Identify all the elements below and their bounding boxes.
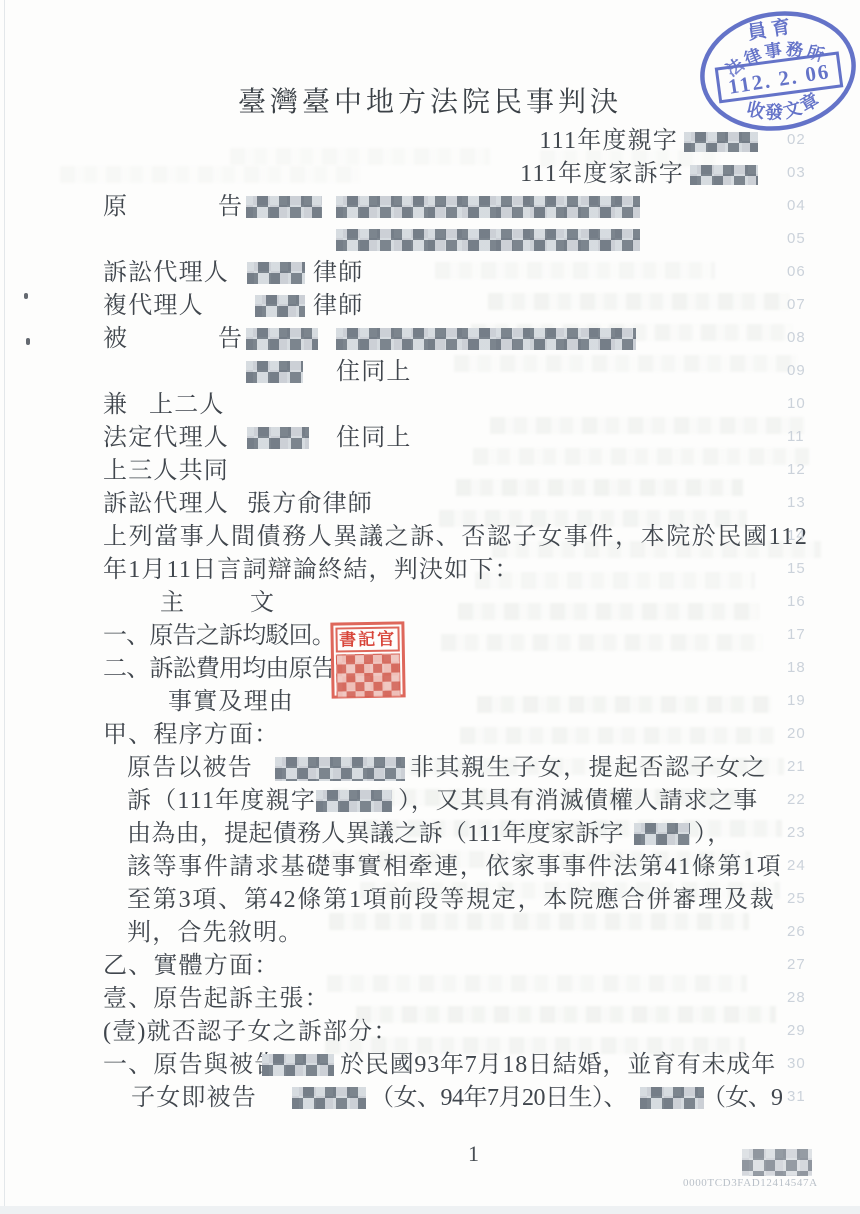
line-text: 乙、實體方面： [103, 951, 279, 982]
document-line-20: 甲、程序方面：20 [0, 720, 860, 751]
document-line-19: 事實及理由19 [0, 687, 860, 718]
line-text: 壹、原告起訴主張： [103, 984, 330, 1015]
redacted-block [634, 823, 690, 845]
line-text: 至第3項、第42條第1項前段等規定，本院應合併審理及裁 [127, 885, 776, 916]
document-line-28: 壹、原告起訴主張：28 [0, 984, 860, 1015]
line-text: 111年度親字 [539, 126, 678, 157]
redacted-block [246, 328, 318, 350]
line-number: 29 [787, 1022, 806, 1039]
document-line-05: 05 [0, 225, 860, 256]
line-number: 03 [787, 164, 806, 181]
document-line-30: 一、原告與被告於民國93年7月18日結婚，並育有未成年30 [0, 1050, 860, 1081]
line-text: 於民國93年7月18日結婚，並育有未成年 [340, 1050, 776, 1081]
line-number: 11 [787, 428, 805, 445]
line-text: 111年度家訴字 [520, 159, 684, 190]
law-firm-receipt-stamp: 員育 法律事務所 112. 2. 06 收發文章 [692, 4, 860, 138]
line-text: 張方俞律師 [247, 489, 373, 520]
document-line-09: 住同上09 [0, 357, 860, 388]
line-text: 告 [218, 192, 243, 223]
line-text: 訴訟代理人 [103, 489, 229, 520]
line-text: 法定代理人 [103, 423, 229, 454]
redacted-block [246, 361, 303, 383]
document-line-18: 二、訴訟費用均由原告18 [0, 654, 860, 685]
line-text: 複代理人 [103, 291, 204, 322]
redacted-block [690, 165, 758, 185]
line-number: 17 [787, 626, 806, 643]
scanned-judgment-page: 臺灣臺中地方法院民事判決 111年度親字02111年度家訴字03原告0405訴訟… [0, 0, 860, 1214]
line-number: 20 [787, 725, 806, 742]
document-code: 0000TCD3FAD12414547A [683, 1177, 818, 1189]
line-number: 14 [787, 527, 806, 544]
document-line-27: 乙、實體方面：27 [0, 951, 860, 982]
line-text: 住同上 [336, 357, 412, 388]
line-text: 甲、程序方面： [103, 720, 279, 751]
document-line-22: 訴（111年度親字），又其具有消滅債權人請求之事22 [0, 786, 860, 817]
document-line-24: 該等事件請求基礎事實相牽連，依家事事件法第41條第1項24 [0, 852, 860, 883]
document-line-21: 原告以被告非其親生子女，提起否認子女之21 [0, 753, 860, 784]
clerk-seal-redacted-name [336, 653, 401, 697]
line-text: 律師 [313, 291, 363, 322]
line-text: （女、94年7月20日生）、 [370, 1083, 627, 1114]
line-text: 上列當事人間債務人異議之訴、否認子女事件，本院於民國112 [103, 522, 809, 553]
redacted-block [246, 196, 322, 218]
line-number: 27 [787, 956, 806, 973]
document-line-12: 上三人共同12 [0, 456, 860, 487]
document-line-29: (壹)就否認子女之訴部分：29 [0, 1017, 860, 1048]
document-line-14: 上列當事人間債務人異議之訴、否認子女事件，本院於民國11214 [0, 522, 860, 553]
document-line-03: 111年度家訴字03 [0, 159, 860, 190]
line-text: ），又其具有消滅債權人請求之事 [398, 786, 758, 817]
line-number: 23 [787, 824, 806, 841]
line-text: 原告以被告 [127, 753, 253, 784]
line-number: 16 [787, 593, 806, 610]
redacted-block [247, 427, 309, 449]
line-number: 30 [787, 1055, 806, 1072]
document-line-31: 子女即被告（女、94年7月20日生）、（女、931 [0, 1083, 860, 1114]
right-aligned-group: 111年度家訴字 [520, 159, 758, 190]
line-number: 04 [787, 197, 806, 214]
line-number: 21 [787, 758, 806, 775]
line-number: 19 [787, 692, 806, 709]
line-text: 原 [103, 192, 128, 223]
document-line-25: 至第3項、第42條第1項前段等規定，本院應合併審理及裁25 [0, 885, 860, 916]
line-text: 該等事件請求基礎事實相牽連，依家事事件法第41條第1項 [127, 852, 782, 883]
document-line-11: 法定代理人住同上11 [0, 423, 860, 454]
line-text: 一、原告之訴均駁回。 [103, 621, 335, 652]
line-text: 訴（111年度親字 [127, 786, 316, 817]
document-line-07: 複代理人律師07 [0, 291, 860, 322]
line-text: 二、訴訟費用均由原告 [103, 654, 335, 685]
line-text: (壹)就否認子女之訴部分： [103, 1017, 399, 1048]
redacted-block [255, 295, 305, 317]
line-number: 18 [787, 659, 806, 676]
clerk-seal-stamp: 書記官 [330, 621, 405, 698]
line-text: 事實及理由 [168, 687, 294, 718]
line-number: 13 [787, 494, 806, 511]
line-text: 文 [250, 588, 275, 619]
scan-edge-strip [0, 1206, 860, 1214]
line-text: 上三人共同 [103, 456, 229, 487]
line-text: 上二人 [149, 390, 225, 421]
document-line-15: 年1月11日言詞辯論終結，判決如下：15 [0, 555, 860, 586]
line-number: 09 [787, 362, 806, 379]
redacted-block [336, 229, 640, 251]
line-text: 兼 [103, 390, 128, 421]
line-text: 一、原告與被告 [103, 1050, 279, 1081]
line-number: 24 [787, 857, 806, 874]
document-line-04: 原告04 [0, 192, 860, 223]
document-line-17: 一、原告之訴均駁回。17 [0, 621, 860, 652]
document-line-13: 訴訟代理人張方俞律師13 [0, 489, 860, 520]
document-line-16: 主文16 [0, 588, 860, 619]
line-number: 31 [787, 1088, 806, 1105]
line-number: 05 [787, 230, 806, 247]
line-text: 子女即被告 [131, 1083, 257, 1114]
document-line-10: 兼上二人10 [0, 390, 860, 421]
redacted-block [262, 1054, 334, 1076]
line-number: 28 [787, 989, 806, 1006]
redacted-block [292, 1087, 366, 1109]
document-line-06: 訴訟代理人律師06 [0, 258, 860, 289]
redacted-block [640, 1087, 704, 1109]
line-number: 22 [787, 791, 806, 808]
line-text: 主 [160, 588, 185, 619]
line-text: 年1月11日言詞辯論終結，判決如下： [103, 555, 520, 586]
line-text: 判，合先敘明。 [127, 918, 303, 949]
redacted-block [247, 262, 305, 284]
line-number: 12 [787, 461, 806, 478]
line-text: 被 [103, 324, 128, 355]
redacted-block [336, 328, 636, 350]
line-text: 律師 [313, 258, 363, 289]
page-number: 1 [468, 1141, 479, 1167]
line-number: 25 [787, 890, 806, 907]
document-line-08: 被告08 [0, 324, 860, 355]
line-text: 住同上 [336, 423, 412, 454]
line-text: ）， [694, 819, 732, 850]
line-number: 07 [787, 296, 806, 313]
line-text: 告 [218, 324, 243, 355]
line-text: 訴訟代理人 [103, 258, 229, 289]
document-line-23: 由為由，提起債務人異議之訴（111年度家訴字），23 [0, 819, 860, 850]
clerk-seal-title: 書記官 [335, 626, 399, 652]
redacted-block [275, 757, 405, 781]
footer-redacted-block [742, 1149, 812, 1176]
line-number: 06 [787, 263, 806, 280]
line-number: 08 [787, 329, 806, 346]
line-number: 26 [787, 923, 806, 940]
line-text: 非其親生子女，提起否認子女之 [410, 753, 767, 784]
line-text: 由為由，提起債務人異議之訴（111年度家訴字 [127, 819, 624, 850]
document-line-26: 判，合先敘明。26 [0, 918, 860, 949]
redacted-block [336, 196, 640, 218]
line-number: 10 [787, 395, 806, 412]
redacted-block [316, 790, 392, 812]
line-number: 15 [787, 560, 806, 577]
line-text: （女、9 [702, 1083, 782, 1114]
